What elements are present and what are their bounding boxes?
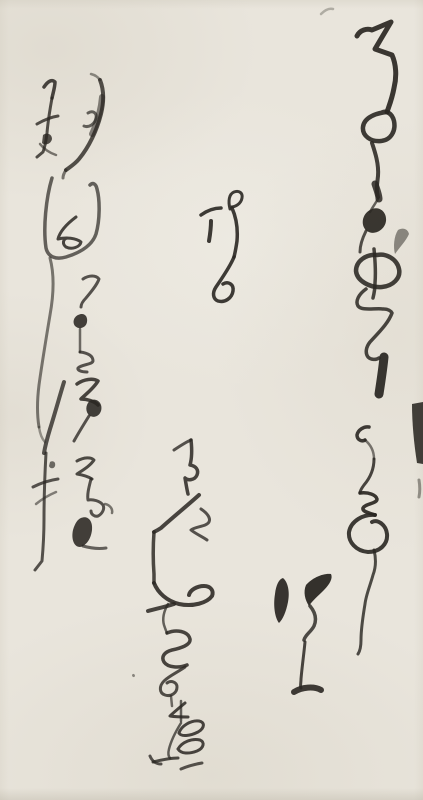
- calligraphy-closing-mark: [274, 574, 331, 692]
- calligraphy-right-edge-strokes: [412, 402, 423, 497]
- paper-background: [0, 0, 423, 800]
- calligraphy-column-center-lower: [132, 440, 213, 769]
- calligraphy-artwork: [0, 0, 423, 800]
- calligraphy-middle-character: [201, 191, 242, 301]
- calligraphy-column-left: [33, 74, 112, 570]
- calligraphy-column-right: [321, 9, 409, 654]
